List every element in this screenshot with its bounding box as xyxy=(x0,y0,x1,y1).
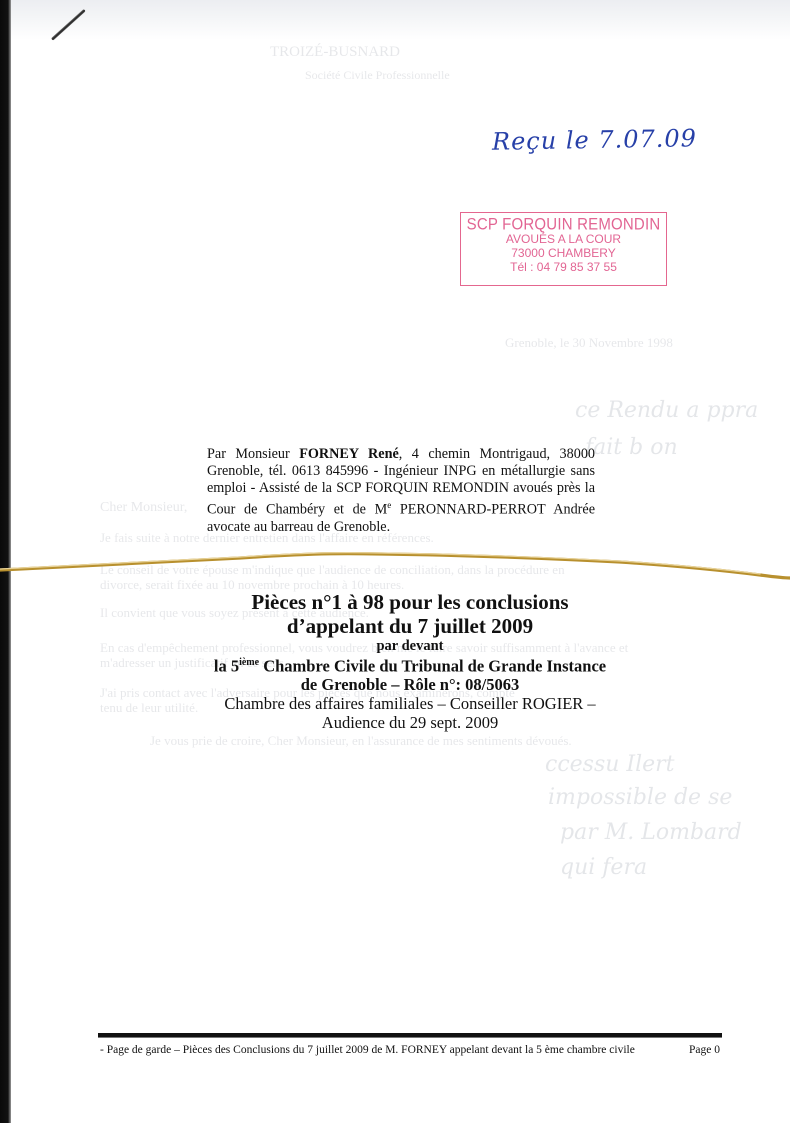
received-handwritten-note: Reçu le 7.07.09 xyxy=(492,124,697,156)
stamp-city: 73000 CHAMBERY xyxy=(461,246,666,260)
bleed-closing: Je vous prie de croire, Cher Monsieur, e… xyxy=(150,733,572,749)
bleed-handwriting-1: ce Rendu a ppra xyxy=(575,398,758,423)
bleed-handwriting-3: ccessu Ilert xyxy=(545,752,675,777)
bleed-date: Grenoble, le 30 Novembre 1998 xyxy=(505,335,673,351)
court-line: la 5ième Chambre Civile du Tribunal de G… xyxy=(180,654,640,676)
role-number-line: de Grenoble – Rôle n°: 08/5063 xyxy=(180,676,640,694)
author-block: Par Monsieur FORNEY René, 4 chemin Montr… xyxy=(207,446,595,536)
title-line-2: d’appelant du 7 juillet 2009 xyxy=(180,614,640,638)
document-title-block: Pièces n°1 à 98 pour les conclusions d’a… xyxy=(180,590,640,732)
footer-description: - Page de garde – Pièces des Conclusions… xyxy=(100,1044,635,1056)
footer-rule xyxy=(98,1033,722,1038)
stamp-phone: Tél : 04 79 85 37 55 xyxy=(461,260,666,274)
chamber-line: Chambre des affaires familiales – Consei… xyxy=(180,694,640,713)
law-firm-stamp: SCP FORQUIN REMONDIN AVOUÉS A LA COUR 73… xyxy=(460,212,667,286)
bleed-salutation: Cher Monsieur, xyxy=(100,500,187,516)
scan-top-shadow xyxy=(11,0,790,40)
bleed-header-1: TROIZÉ-BUSNARD xyxy=(270,44,400,61)
stamp-title: AVOUÉS A LA COUR xyxy=(461,232,666,246)
court-prefix: la 5 xyxy=(214,657,239,676)
bleed-handwriting-4: impossible de se xyxy=(548,785,732,810)
bleed-handwriting-5: par M. Lombard xyxy=(560,820,742,845)
bleed-handwriting-6: qui fera xyxy=(560,855,647,880)
bleed-header-2: Société Civile Professionnelle xyxy=(305,68,450,83)
author-name: FORNEY René xyxy=(299,446,399,462)
bleed-handwriting-2: fait b on xyxy=(585,435,678,460)
stamp-firm-name: SCP FORQUIN REMONDIN xyxy=(461,217,666,232)
author-prefix: Par Monsieur xyxy=(207,446,299,462)
title-line-1: Pièces n°1 à 98 pour les conclusions xyxy=(180,590,640,614)
court-sup: ième xyxy=(239,657,259,668)
page-number: Page 0 xyxy=(689,1044,720,1056)
hearing-date-line: Audience du 29 sept. 2009 xyxy=(180,713,640,732)
bleed-p2a: Le conseil de votre épouse m'indique que… xyxy=(100,562,565,578)
title-line-3: par devant xyxy=(180,638,640,654)
scan-left-edge xyxy=(0,0,11,1123)
page-footer: - Page de garde – Pièces des Conclusions… xyxy=(100,1044,720,1056)
court-rest: Chambre Civile du Tribunal de Grande Ins… xyxy=(259,657,606,676)
